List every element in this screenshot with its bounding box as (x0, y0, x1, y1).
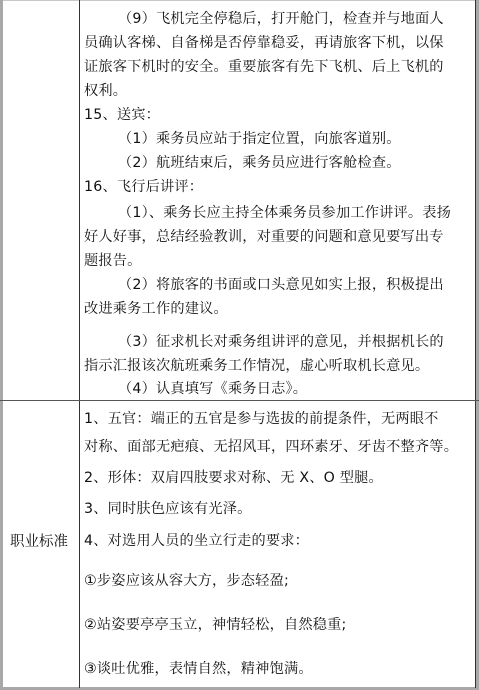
standard-text-line: 对称、面部无疤痕、无招风耳，四环素牙、牙齿不整齐等。 (84, 436, 474, 456)
procedure-text-line: （4）认真填写《乘务日志》。 (84, 378, 479, 398)
procedure-text-line: （2）航班结束后，乘务员应进行客舱检查。 (84, 152, 479, 172)
standard-text-line: ③谈吐优雅，表情自然，精神饱满。 (84, 658, 474, 678)
procedure-text-line: （2）将旅客的书面或口头意见如实上报，积极提出 (84, 274, 479, 294)
procedure-text-line: 16、飞行后讲评： (84, 176, 474, 196)
procedure-text-line: 权利。 (84, 80, 474, 100)
table-border-left (0, 0, 3, 690)
procedure-text-line: （1）、乘务长应主持全体乘务员参加工作讲评。表扬 (84, 202, 479, 222)
standard-text-line: 2、形体：双肩四肢要求对称、无 X、O 型腿。 (84, 467, 474, 487)
standard-text-line: 1、五官：端正的五官是参与选拔的前提条件，无两眼不 (84, 408, 474, 428)
procedure-text-line: （9）飞机完全停稳后，打开舱门，检查并与地面人 (84, 8, 479, 28)
table-border-top (0, 0, 479, 1)
column-divider (79, 0, 80, 688)
procedure-text-line: （3）征求机长对乘务组讲评的意见，并根据机长的 (84, 331, 479, 351)
procedure-text-line: 改进乘务工作的建议。 (84, 298, 474, 318)
document-table: 职业标准 （9）飞机完全停稳后，打开舱门，检查并与地面人员确认客梯、自备梯是否停… (0, 0, 479, 690)
procedure-text-line: 证旅客下机时的安全。重要旅客有先下飞机、后上飞机的 (84, 56, 474, 76)
standard-text-line: ①步姿应该从容大方，步态轻盈; (84, 570, 474, 590)
procedure-text-line: （1）乘务员应站于指定位置，向旅客道别。 (84, 128, 479, 148)
standard-text-line: 4、对选用人员的坐立行走的要求： (84, 530, 474, 550)
row-divider (0, 400, 479, 401)
procedure-text-line: 指示汇报该次航班乘务工作情况，虚心听取机长意见。 (84, 355, 474, 375)
standard-text-line: 3、同时肤色应该有光泽。 (84, 498, 474, 518)
standard-text-line: ②站姿要亭亭玉立，神情轻松，自然稳重; (84, 614, 474, 634)
procedure-text-line: 好人好事，总结经验教训，对重要的问题和意见要写出专 (84, 226, 474, 246)
procedure-text-line: 员确认客梯、自备梯是否停靠稳妥，再请旅客下机，以保 (84, 32, 474, 52)
row-label-professional-standard: 职业标准 (10, 530, 68, 551)
procedure-text-line: 题报告。 (84, 250, 474, 270)
procedure-text-line: 15、送宾： (84, 104, 474, 124)
